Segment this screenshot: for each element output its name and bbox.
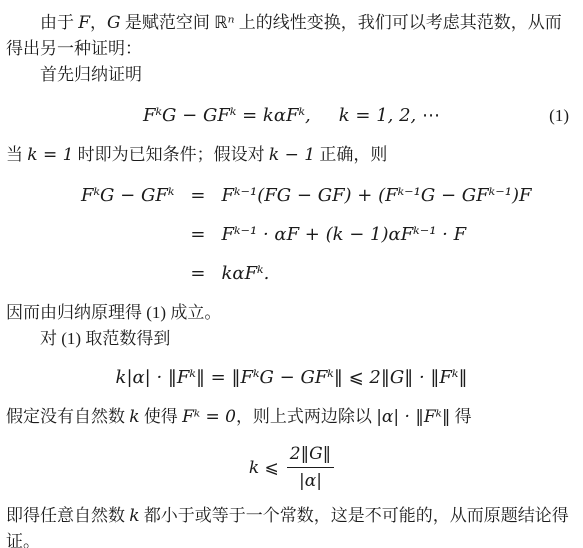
aligned-derivation: FᵏG − GFᵏ = Fᵏ⁻¹(FG − GF) + (Fᵏ⁻¹G − GFᵏ…	[81, 183, 577, 287]
para-induction-intro: 首先归纳证明	[6, 62, 577, 88]
text-segment: 得	[450, 407, 471, 426]
math-segment: k	[129, 407, 139, 427]
text-segment: ，则上式两边除以	[236, 407, 376, 426]
equation-norm-body: k|α| · ‖Fᵏ‖ = ‖FᵏG − GFᵏ‖ ⩽ 2‖G‖ · ‖Fᵏ‖	[116, 367, 468, 388]
derivation-row-rhs: Fᵏ⁻¹ · αF + (k − 1)αFᵏ⁻¹ · F	[222, 222, 532, 248]
text-segment: 因而由归纳原理得 (1) 成立。	[6, 303, 221, 322]
document-page: 由于 F，G 是赋范空间 ℝⁿ 上的线性变换，我们可以考虑其范数，从而得出另一种…	[0, 0, 583, 548]
derivation-row-lhs: FᵏG − GFᵏ	[81, 183, 174, 209]
para-assumption: 假定没有自然数 k 使得 Fᵏ = 0，则上式两边除以 |α| · ‖Fᵏ‖ 得	[6, 404, 577, 430]
para-base-case: 当 k = 1 时即为已知条件；假设对 k − 1 正确，则	[6, 142, 577, 168]
text-segment: 当	[6, 145, 27, 164]
equation-k-bound: k ⩽ 2‖G‖ |α|	[6, 442, 577, 493]
math-segment: F	[78, 13, 90, 33]
fraction: 2‖G‖ |α|	[287, 442, 334, 493]
derivation-row-lhs	[81, 222, 174, 248]
text-segment: 由于	[40, 13, 78, 32]
math-segment: k = 1	[27, 145, 73, 165]
equation-norm-inequality: k|α| · ‖Fᵏ‖ = ‖FᵏG − GFᵏ‖ ⩽ 2‖G‖ · ‖Fᵏ‖	[6, 365, 577, 391]
fraction-denominator: |α|	[299, 468, 322, 493]
derivation-row-rhs: kαFᵏ.	[222, 261, 532, 287]
equals-sign: =	[190, 183, 205, 209]
equation-1-body: FᵏG − GFᵏ = kαFᵏ,	[143, 105, 311, 126]
derivation-row-rhs: Fᵏ⁻¹(FG − GF) + (Fᵏ⁻¹G − GFᵏ⁻¹)F	[222, 183, 532, 209]
para-final-conclusion: 即得任意自然数 k 都小于或等于一个常数，这是不可能的，从而原题结论得证。	[6, 503, 577, 548]
text-segment: 假定没有自然数	[6, 407, 129, 426]
text-segment: 时即为已知条件；假设对	[73, 145, 269, 164]
equation-1: FᵏG − GFᵏ = kαFᵏ,k = 1, 2, ⋯ (1)	[6, 103, 577, 129]
equation-k-bound-lhs: k ⩽	[249, 455, 279, 481]
math-segment: Fᵏ = 0	[182, 407, 236, 427]
math-segment: k	[129, 506, 139, 526]
text-segment: 使得	[140, 407, 183, 426]
fraction-numerator: 2‖G‖	[287, 442, 334, 468]
derivation-row-lhs	[81, 261, 174, 287]
para-take-norm: 对 (1) 取范数得到	[6, 326, 577, 352]
math-segment: G	[107, 13, 121, 33]
para-conclusion-induction: 因而由归纳原理得 (1) 成立。	[6, 300, 577, 326]
math-segment: |α| · ‖Fᵏ‖	[376, 407, 450, 427]
para-intro: 由于 F，G 是赋范空间 ℝⁿ 上的线性变换，我们可以考虑其范数，从而得出另一种…	[6, 10, 577, 62]
equation-1-condition: k = 1, 2, ⋯	[339, 105, 440, 126]
equation-1-tag: (1)	[549, 103, 569, 129]
text-segment: 正确，则	[315, 145, 387, 164]
text-segment: 即得任意自然数	[6, 506, 129, 525]
text-segment: ，	[90, 13, 107, 32]
text-segment: 首先归纳证明	[40, 65, 142, 84]
math-segment: k − 1	[269, 145, 315, 165]
equals-sign: =	[190, 222, 205, 248]
text-segment: 对 (1) 取范数得到	[40, 329, 170, 348]
math-segment: ℝⁿ	[214, 13, 234, 33]
equals-sign: =	[190, 261, 205, 287]
text-segment: 是赋范空间	[121, 13, 215, 32]
